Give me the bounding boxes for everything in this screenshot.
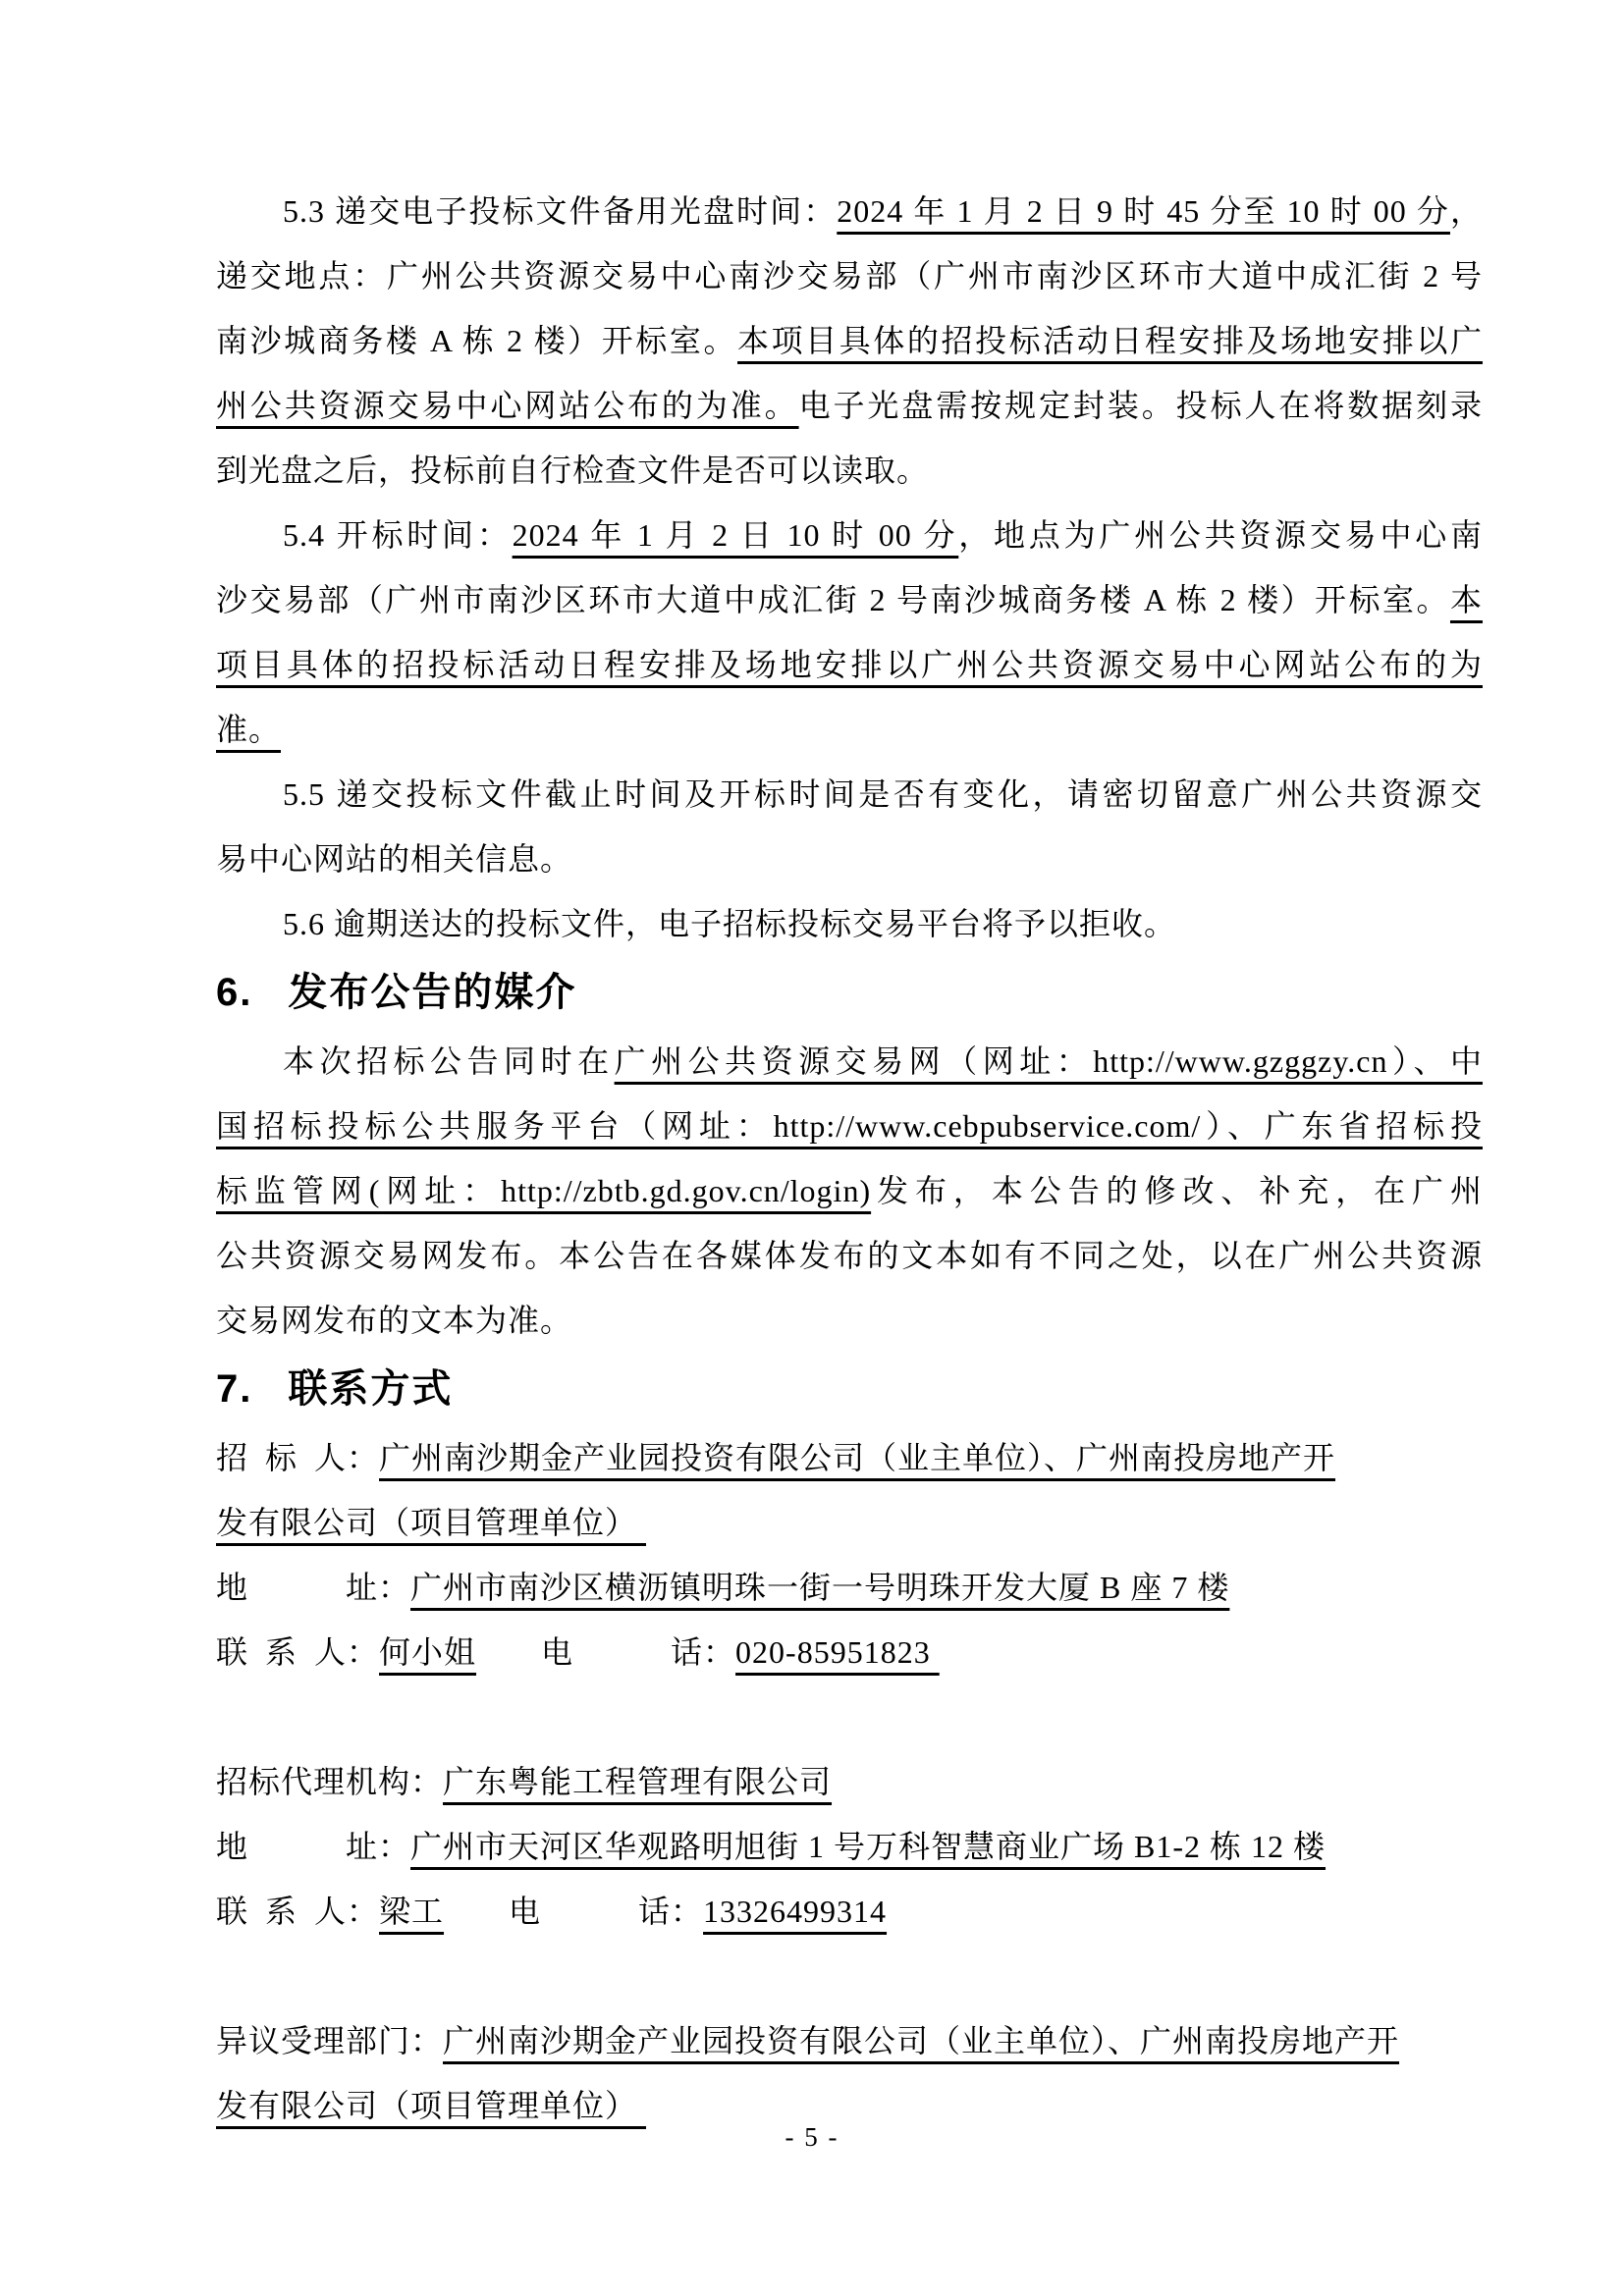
underlined-text: 2024 年 1 月 2 日 10 时 00 分 [513, 517, 959, 553]
text-line: 国招标投标公共服务平台（网址：http://www.cebpubservice.… [216, 1094, 1483, 1158]
text-run: 本次招标公告同时在 [283, 1043, 615, 1079]
text-line: 5.6 逾期送达的投标文件，电子招标投标交易平台将予以拒收。 [216, 891, 1483, 956]
paragraph: 异议受理部门：广州南沙期金产业园投资有限公司（业主单位）、广州南投房地产开发有限… [216, 2008, 1483, 2138]
underlined-text: 广州市南沙区横沥镇明珠一街一号明珠开发大厦 B 座 7 楼 [410, 1570, 1229, 1605]
underlined-text: 2024 年 1 月 2 日 9 时 45 分至 10 时 00 分 [837, 193, 1450, 229]
underlined-text: 国招标投标公共服务平台（网址：http://www.cebpubservice.… [216, 1108, 1483, 1144]
text-run: ，地点为广州公共资源交易中心南 [958, 517, 1483, 553]
document-body: 5.3 递交电子投标文件备用光盘时间：2024 年 1 月 2 日 9 时 45… [216, 179, 1483, 2138]
paragraph: 5.5 递交投标文件截止时间及开标时间是否有变化，请密切留意广州公共资源交易中心… [216, 762, 1483, 891]
underlined-text: 准。 [216, 712, 281, 747]
page-number: - 5 - [0, 2122, 1624, 2153]
text-line: 招 标 人：广州南沙期金产业园投资有限公司（业主单位）、广州南投房地产开 [216, 1425, 1483, 1490]
text-run: 招标代理机构： [216, 1764, 443, 1799]
text-run: 沙交易部（广州市南沙区环市大道中成汇街 2 号南沙城商务楼 A 栋 2 楼）开标… [216, 582, 1450, 617]
text-run: 交易网发布的文本为准。 [216, 1303, 572, 1338]
text-run: 地 址： [216, 1829, 410, 1864]
section-number: 6. [216, 971, 252, 1014]
underlined-text: 本项目具体的招投标活动日程安排及场地安排以广 [737, 323, 1483, 358]
text-run: 易中心网站的相关信息。 [216, 841, 572, 877]
text-line: 本次招标公告同时在广州公共资源交易网（网址：http://www.gzggzy.… [216, 1029, 1483, 1094]
text-line: 发有限公司（项目管理单位） [216, 1490, 1483, 1555]
underlined-text: 何小姐 [379, 1634, 476, 1670]
text-run: 招 标 人： [216, 1440, 379, 1475]
blank-line [216, 1944, 1483, 2008]
text-line: 5.5 递交投标文件截止时间及开标时间是否有变化，请密切留意广州公共资源交 [216, 762, 1483, 827]
text-run: 电子光盘需按规定封装。投标人在将数据刻录 [799, 388, 1483, 423]
paragraph: 5.4 开标时间：2024 年 1 月 2 日 10 时 00 分，地点为广州公… [216, 503, 1483, 762]
text-line: 联 系 人：梁工 电 话：13326499314 [216, 1879, 1483, 1944]
text-line: 公共资源交易网发布。本公告在各媒体发布的文本如有不同之处，以在广州公共资源 [216, 1223, 1483, 1288]
text-line: 递交地点：广州公共资源交易中心南沙交易部（广州市南沙区环市大道中成汇街 2 号 [216, 243, 1483, 308]
text-line: 到光盘之后，投标前自行检查文件是否可以读取。 [216, 438, 1483, 503]
text-line: 准。 [216, 697, 1483, 762]
text-line: 联 系 人：何小姐 电 话：020-85951823 [216, 1620, 1483, 1684]
text-line: 交易网发布的文本为准。 [216, 1288, 1483, 1353]
text-run: 公共资源交易网发布。本公告在各媒体发布的文本如有不同之处，以在广州公共资源 [216, 1238, 1483, 1273]
underlined-text: 13326499314 [703, 1894, 887, 1929]
underlined-text: 发有限公司（项目管理单位） [216, 1505, 646, 1540]
underlined-text: 广州公共资源交易网（网址：http://www.gzggzy.cn）、中 [615, 1043, 1483, 1079]
text-run: 发布，本公告的修改、补充，在广州 [871, 1173, 1483, 1208]
section-heading: 6.发布公告的媒介 [216, 958, 1483, 1027]
underlined-text: 州公共资源交易中心网站公布的为准。 [216, 388, 799, 423]
blank-line [216, 1684, 1483, 1749]
section-heading: 7.联系方式 [216, 1355, 1483, 1423]
underlined-text: 广州南沙期金产业园投资有限公司（业主单位）、广州南投房地产开 [443, 2023, 1399, 2058]
text-line: 地 址：广州市天河区华观路明旭街 1 号万科智慧商业广场 B1-2 栋 12 楼 [216, 1814, 1483, 1879]
paragraph: 5.3 递交电子投标文件备用光盘时间：2024 年 1 月 2 日 9 时 45… [216, 179, 1483, 503]
text-run: 联 系 人： [216, 1894, 379, 1929]
underlined-text: 标监管网(网址：http://zbtb.gd.gov.cn/login) [216, 1173, 871, 1208]
paragraph: 本次招标公告同时在广州公共资源交易网（网址：http://www.gzggzy.… [216, 1029, 1483, 1353]
text-run: 南沙城商务楼 A 栋 2 楼）开标室。 [216, 323, 737, 358]
text-line: 沙交易部（广州市南沙区环市大道中成汇街 2 号南沙城商务楼 A 栋 2 楼）开标… [216, 567, 1483, 632]
paragraph: 5.6 逾期送达的投标文件，电子招标投标交易平台将予以拒收。 [216, 891, 1483, 956]
text-run: ， [1450, 193, 1483, 229]
text-line: 易中心网站的相关信息。 [216, 827, 1483, 891]
text-run: 异议受理部门： [216, 2023, 443, 2058]
paragraph: 招标代理机构：广东粤能工程管理有限公司地 址：广州市天河区华观路明旭街 1 号万… [216, 1749, 1483, 1944]
text-run: 电 话： [476, 1634, 735, 1670]
text-run: 联 系 人： [216, 1634, 379, 1670]
text-line: 地 址：广州市南沙区横沥镇明珠一街一号明珠开发大厦 B 座 7 楼 [216, 1555, 1483, 1620]
text-run: 5.5 递交投标文件截止时间及开标时间是否有变化，请密切留意广州公共资源交 [283, 776, 1483, 812]
underlined-text: 广州南沙期金产业园投资有限公司（业主单位）、广州南投房地产开 [379, 1440, 1335, 1475]
section-title: 联系方式 [288, 1367, 453, 1411]
text-line: 招标代理机构：广东粤能工程管理有限公司 [216, 1749, 1483, 1814]
text-run: 地 址： [216, 1570, 410, 1605]
underlined-text: 020-85951823 [735, 1634, 940, 1670]
text-run: 递交地点：广州公共资源交易中心南沙交易部（广州市南沙区环市大道中成汇街 2 号 [216, 258, 1483, 294]
text-run: 5.6 逾期送达的投标文件，电子招标投标交易平台将予以拒收。 [283, 906, 1176, 941]
section-title: 发布公告的媒介 [288, 971, 576, 1014]
text-line: 异议受理部门：广州南沙期金产业园投资有限公司（业主单位）、广州南投房地产开 [216, 2008, 1483, 2073]
underlined-text: 梁工 [379, 1894, 444, 1929]
text-line: 5.3 递交电子投标文件备用光盘时间：2024 年 1 月 2 日 9 时 45… [216, 179, 1483, 243]
text-line: 州公共资源交易中心网站公布的为准。电子光盘需按规定封装。投标人在将数据刻录 [216, 373, 1483, 438]
underlined-text: 项目具体的招投标活动日程安排及场地安排以广州公共资源交易中心网站公布的为 [216, 647, 1483, 682]
text-run: 5.4 开标时间： [283, 517, 513, 553]
text-line: 项目具体的招投标活动日程安排及场地安排以广州公共资源交易中心网站公布的为 [216, 632, 1483, 697]
text-line: 5.4 开标时间：2024 年 1 月 2 日 10 时 00 分，地点为广州公… [216, 503, 1483, 567]
text-line: 标监管网(网址：http://zbtb.gd.gov.cn/login)发布，本… [216, 1158, 1483, 1223]
text-line: 南沙城商务楼 A 栋 2 楼）开标室。本项目具体的招投标活动日程安排及场地安排以… [216, 308, 1483, 373]
paragraph: 招 标 人：广州南沙期金产业园投资有限公司（业主单位）、广州南投房地产开发有限公… [216, 1425, 1483, 1684]
section-number: 7. [216, 1367, 252, 1411]
underlined-text: 发有限公司（项目管理单位） [216, 2088, 646, 2123]
text-run: 电 话： [444, 1894, 703, 1929]
underlined-text: 广东粤能工程管理有限公司 [443, 1764, 832, 1799]
text-run: 到光盘之后，投标前自行检查文件是否可以读取。 [216, 453, 929, 488]
text-run: 5.3 递交电子投标文件备用光盘时间： [283, 193, 837, 229]
underlined-text: 本 [1450, 582, 1483, 617]
underlined-text: 广州市天河区华观路明旭街 1 号万科智慧商业广场 B1-2 栋 12 楼 [410, 1829, 1326, 1864]
document-page: 5.3 递交电子投标文件备用光盘时间：2024 年 1 月 2 日 9 时 45… [0, 0, 1624, 2296]
